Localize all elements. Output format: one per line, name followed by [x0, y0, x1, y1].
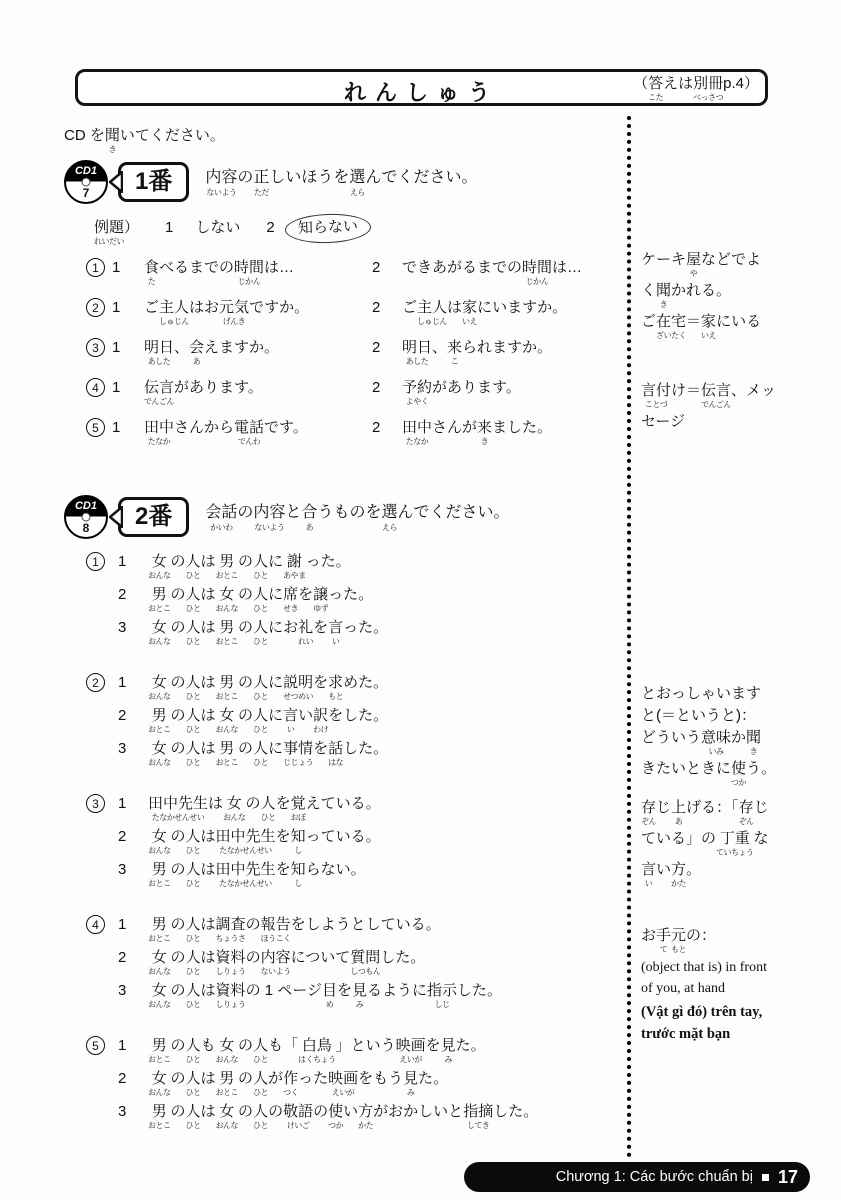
text-seg: した。 [493, 1102, 538, 1121]
furigana: き [105, 145, 120, 154]
text-seg: 聞き [656, 281, 671, 309]
option-number: 1 [118, 915, 148, 934]
bubble-tail-icon [109, 171, 123, 193]
sidebar-note-to-osshaimasu: とおっしゃいますと(＝というと)：どういう意味いみか聞ききたいときに使つかう。 [641, 684, 841, 790]
text-seg: 。 [686, 860, 701, 879]
text-seg: った [298, 1069, 328, 1088]
text-seg: 指摘してき [463, 1102, 493, 1130]
option-text: ご主人しゅじんはお元気げんきですか。 [144, 298, 372, 326]
text-seg: の [238, 1102, 253, 1121]
text-seg: の [238, 1069, 253, 1088]
furigana: ぞん [641, 817, 656, 826]
furigana: じじょう [283, 758, 313, 767]
furigana: おんな [216, 725, 239, 734]
furigana: あ [671, 817, 686, 826]
furigana: えいが [328, 1088, 358, 1097]
furigana: おとこ [216, 1088, 239, 1097]
furigana: おとこ [148, 879, 171, 888]
option-row: 11女おんなの人ひとは男おとこの人ひとに謝あやまった。 [86, 552, 538, 585]
text-seg: を [426, 1036, 441, 1055]
text-seg: い [343, 1102, 358, 1121]
option-row: 51男おとこの人ひとも女おんなの人ひとも「白鳥はくちょう」という映画えいがを見み… [86, 1036, 538, 1069]
text-seg: 選えら [349, 168, 365, 197]
text-seg: 女おんな [148, 673, 171, 701]
furigana: ひと [253, 692, 268, 701]
text-seg: は [201, 827, 216, 846]
furigana: はくちょう [298, 1055, 336, 1064]
text-seg: ご [144, 298, 159, 317]
text-seg: は [201, 1069, 216, 1088]
text-seg: 上あ [671, 798, 686, 826]
text-seg: の [238, 552, 253, 571]
text-seg: えは [663, 74, 693, 93]
text-seg: は [201, 915, 216, 934]
text-seg: の [237, 168, 253, 188]
furigana: おとこ [216, 571, 239, 580]
question-number: 3 [86, 794, 105, 813]
note-vi-line: trước mặt bạn [641, 1023, 841, 1045]
text-seg: 家いえ [701, 312, 716, 340]
text-seg: 女おんな [216, 706, 239, 734]
furigana: い [283, 725, 298, 734]
furigana: げんき [219, 317, 249, 326]
furigana: つく [283, 1088, 298, 1097]
text-seg: 来き [477, 418, 492, 446]
option-row: 3女おんなの人ひとは男おとこの人ひとにお礼れいを言いった。 [86, 618, 538, 651]
text-seg: が [268, 1069, 283, 1088]
text-seg: 人ひと [186, 915, 201, 943]
text-seg: 人ひと [186, 673, 201, 701]
cd-disc-icon: CD1 8 [64, 495, 108, 539]
text-seg: 聞き [105, 126, 120, 154]
option-text: 食たべるまでの時間じかんは… [144, 258, 372, 286]
text-seg: 人ひと [253, 618, 268, 646]
furigana: いえ [701, 331, 716, 340]
furigana: たなかせんせい [216, 879, 276, 888]
text-seg: も [201, 1036, 216, 1055]
option-row: 2女おんなの人ひとは資料しりょうの内容ないようについて質問しつもんした。 [86, 948, 538, 981]
furigana: ざいたく [656, 331, 686, 340]
text-seg: の [171, 618, 186, 637]
text-seg: は [201, 673, 216, 692]
furigana: おんな [223, 813, 246, 822]
section1-number-bubble: 1番 [118, 162, 189, 202]
option-text: 女おんなの人ひとは資料しりょうの 1 ページ目めを見みるように指示しじした。 [148, 981, 538, 1009]
option-text: 女おんなの人ひとは田中先生たなかせんせいを知しっている。 [148, 827, 538, 855]
furigana: おとこ [216, 758, 239, 767]
text-seg: に [268, 739, 283, 758]
text-seg: の [171, 948, 186, 967]
furigana: おんな [148, 846, 171, 855]
option-number: 2 [118, 585, 148, 604]
furigana: あ [189, 357, 204, 366]
furigana: べっさつ [693, 93, 723, 102]
furigana: おとこ [148, 1121, 171, 1130]
option-text: 男おとこの人ひとも女おんなの人ひとも「白鳥はくちょう」という映画えいがを見みた。 [148, 1036, 538, 1064]
furigana: き [477, 437, 492, 446]
text-seg: 報告ほうこく [261, 915, 291, 943]
text-seg: 人ひと [253, 739, 268, 767]
furigana: ひと [253, 758, 268, 767]
text-seg: 人ひと [186, 739, 201, 767]
question-number: 1 [86, 552, 105, 571]
option-text: 男おとこの人ひとは女おんなの人ひとに席せきを譲ゆずった。 [148, 585, 538, 613]
text-seg: の [238, 706, 253, 725]
text-seg: した。 [343, 739, 388, 758]
option-number: 2 [118, 948, 148, 967]
note-vi-line: (Vật gì đó) trên tay, [641, 1001, 841, 1023]
text-seg: 人ひと [186, 1102, 201, 1130]
text-seg: 言い [283, 706, 298, 734]
text-seg: 合あ [301, 503, 317, 532]
furigana: じかん [234, 277, 264, 286]
text-seg: 人ひと [186, 585, 201, 613]
text-seg: 会話かいわ [205, 503, 237, 532]
furigana: や [686, 269, 701, 278]
text-seg: ご [402, 298, 417, 317]
intro-instruction: CD を聞きいてください。 [64, 126, 225, 154]
text-seg: の [246, 948, 261, 967]
furigana: し [291, 879, 306, 888]
text-seg: 人ひと [186, 1069, 201, 1097]
text-seg: 田中先生たなかせんせい [216, 827, 276, 855]
furigana: れいだい [94, 237, 124, 246]
question-block: 11女おんなの人ひとは男おとこの人ひとに謝あやまった。2男おとこの人ひとは女おん… [86, 552, 538, 651]
example-option1-number: 1 [165, 218, 173, 237]
note-line: く聞きかれる。 [641, 281, 841, 309]
text-seg: い [298, 706, 313, 725]
furigana: でんごん [701, 400, 731, 409]
furigana: おんな [148, 637, 171, 646]
text-seg: 人ひと [186, 552, 201, 580]
text-seg: できあがるまでの [402, 258, 522, 277]
text-seg: 指示しじ [427, 981, 457, 1009]
option-text: 女おんなの人ひとは男おとこの人ひとに事情じじょうを話はなした。 [148, 739, 538, 767]
text-seg: 譲ゆず [313, 585, 328, 613]
text-seg: の [171, 673, 186, 692]
text-seg: ですか。 [249, 298, 309, 317]
text-seg: の [238, 739, 253, 758]
furigana: おとこ [148, 604, 171, 613]
option-number: 3 [118, 860, 148, 879]
furigana: えら [381, 523, 397, 532]
option-text: 田中先生たなかせんせいは女おんなの人ひとを覚おぼえている。 [148, 794, 538, 822]
text-seg: かれる。 [671, 281, 731, 300]
option-number: 1 [112, 298, 144, 317]
furigana: おとこ [148, 725, 171, 734]
text-seg: 元気げんき [219, 298, 249, 326]
text-seg: 答こた [648, 74, 663, 102]
furigana: ひと [253, 725, 268, 734]
text-seg: 使つか [328, 1102, 343, 1130]
furigana: しじ [427, 1000, 457, 1009]
furigana: み [403, 1088, 418, 1097]
text-seg: じ [754, 798, 769, 817]
furigana: えいが [396, 1055, 426, 1064]
text-seg: 、 [174, 338, 189, 357]
option-row: 3男おとこの人ひとは女おんなの人ひとの敬語けいごの使つかい方かたがおかしいと指摘… [86, 1102, 538, 1135]
text-seg: く [641, 281, 656, 300]
text-seg: えますか。 [204, 338, 279, 357]
text-seg: 女おんな [216, 1036, 239, 1064]
furigana: ひと [253, 1088, 268, 1097]
note-line: とおっしゃいます [641, 684, 841, 703]
option-row: 3女おんなの人ひとは男おとこの人ひとに事情じじょうを話はなした。 [86, 739, 538, 772]
text-seg: の [171, 552, 186, 571]
furigana: もと [671, 945, 686, 954]
text-seg: をしようとしている。 [291, 915, 441, 934]
text-seg: 敬語けいご [283, 1102, 313, 1130]
option-number: 1 [118, 673, 148, 692]
sidebar-dotted-divider [627, 116, 631, 1158]
furigana: て [656, 945, 671, 954]
option-number: 2 [118, 706, 148, 725]
text-seg: は [201, 552, 216, 571]
practice-header-bar: れんしゅう （答こたえは別冊べっさつ p.4） [75, 69, 768, 106]
option-number: 2 [372, 418, 402, 437]
option-row: 21女おんなの人ひとは男おとこの人ひとに説明せつめいを求もとめた。 [86, 673, 538, 706]
text-seg: がおかしいと [373, 1102, 463, 1121]
furigana: め [322, 1000, 337, 1009]
square-bullet-icon [762, 1174, 769, 1181]
text-seg: 手て [656, 926, 671, 954]
text-seg: 存ぞん [739, 798, 754, 826]
furigana: ひと [253, 571, 268, 580]
text-seg: 白鳥はくちょう [298, 1036, 336, 1064]
furigana: ひと [186, 604, 201, 613]
text-seg: うものを [317, 503, 381, 523]
text-seg: 選えら [381, 503, 397, 532]
furigana: き [746, 747, 761, 756]
furigana: しゅじん [159, 317, 189, 326]
question-number: 3 [86, 338, 105, 357]
text-seg: 人ひと [253, 1102, 268, 1130]
text-seg: 男おとこ [148, 1036, 171, 1064]
text-seg: 映画えいが [396, 1036, 426, 1064]
option-row: 41男おとこの人ひとは調査ちょうさの報告ほうこくをしようとしている。 [86, 915, 538, 948]
text-seg: 存ぞん [641, 798, 656, 826]
furigana: ひと [253, 637, 268, 646]
furigana: おんな [216, 1055, 239, 1064]
note-line: と(＝というと)： [641, 706, 841, 725]
text-seg: は [201, 860, 216, 879]
text-seg: 会あ [189, 338, 204, 366]
text-seg: 見み [352, 981, 367, 1009]
text-seg: んでください。 [365, 168, 477, 188]
furigana: おんな [148, 967, 171, 976]
text-seg: の [238, 673, 253, 692]
furigana: かいわ [205, 523, 237, 532]
furigana: おとこ [148, 1055, 171, 1064]
option-text: 女おんなの人ひとは男おとこの人ひとにお礼れいを言いった。 [148, 618, 538, 646]
text-seg: 人ひと [186, 1036, 201, 1064]
text-seg: いてください。 [120, 126, 225, 145]
note-line: きたいときに使つかう。 [641, 759, 841, 787]
example-label: 例題れいだい） [94, 218, 139, 246]
text-seg: を [313, 673, 328, 692]
section2-title: 2番 [135, 503, 172, 530]
text-seg: 食た [144, 258, 159, 286]
question-row: 21ご主人しゅじんはお元気げんきですか。2ご主人しゅじんは家いえにいますか。 [86, 298, 582, 338]
furigana: ひと [186, 879, 201, 888]
text-seg: 言い [641, 860, 656, 888]
note-line: ケーキ屋やなどでよ [641, 250, 841, 278]
text-seg: お [641, 926, 656, 945]
text-seg: 主人しゅじん [417, 298, 447, 326]
question-number: 2 [86, 298, 105, 317]
furigana: ひと [186, 1088, 201, 1097]
text-seg: の [171, 739, 186, 758]
text-seg: 人ひと [186, 618, 201, 646]
text-seg: の [171, 585, 186, 604]
furigana: たなか [402, 437, 432, 446]
text-seg: 女おんな [148, 618, 171, 646]
furigana: ないよう [253, 523, 285, 532]
text-seg: について [291, 948, 351, 967]
text-seg: は [208, 794, 223, 813]
text-seg: めた。 [343, 673, 388, 692]
furigana: えら [349, 188, 365, 197]
text-seg: した。 [380, 948, 425, 967]
text-seg: じ [656, 798, 671, 817]
text-seg: を [276, 794, 291, 813]
furigana: い [641, 879, 656, 888]
sidebar-note-cake-shop: ケーキ屋やなどでよく聞きかれる。ご在宅ざいたく＝家いえにいる [641, 250, 841, 343]
text-seg: っている。 [306, 827, 381, 846]
option-text: 明日あした、来こられますか。 [402, 338, 582, 366]
text-seg: 目め [322, 981, 337, 1009]
option-number: 2 [118, 827, 148, 846]
furigana: ひと [186, 571, 201, 580]
text-seg: の [268, 1102, 283, 1121]
text-seg: 人ひと [253, 706, 268, 734]
cd-label: CD1 [66, 166, 106, 177]
furigana: ひと [253, 1121, 268, 1130]
question-number: 5 [86, 418, 105, 437]
sidebar-note-otemoto: お手て元もとの： (object that is) in frontof you… [641, 926, 841, 1045]
page-number: 17 [778, 1167, 798, 1188]
furigana: ひと [186, 692, 201, 701]
text-seg: 明日あした [402, 338, 432, 366]
note-en-line: of you, at hand [641, 978, 841, 999]
option-number: 2 [372, 378, 402, 397]
option-row: 31田中先生たなかせんせいは女おんなの人ひとを覚おぼえている。 [86, 794, 538, 827]
text-seg: の [171, 915, 186, 934]
furigana: ひと [253, 1055, 268, 1064]
furigana: しゅじん [417, 317, 447, 326]
text-seg: ケーキ [641, 250, 686, 269]
option-number: 2 [372, 258, 402, 277]
option-text: 男おとこの人ひとは女おんなの人ひとに言いい訳わけをした。 [148, 706, 538, 734]
furigana: たなか [144, 437, 174, 446]
text-seg: た。 [418, 1069, 448, 1088]
furigana: き [656, 300, 671, 309]
text-seg: 男おとこ [216, 618, 239, 646]
furigana: た [144, 277, 159, 286]
sidebar-note-kotozuke: 言付ことづけ＝伝言でんごん、メッセージ [641, 381, 841, 434]
furigana: おんな [148, 1000, 171, 1009]
furigana: あした [144, 357, 174, 366]
text-seg: 見み [441, 1036, 456, 1064]
furigana: い [328, 637, 343, 646]
question-block: 21女おんなの人ひとは男おとこの人ひとに説明せつめいを求もとめた。2男おとこの人… [86, 673, 538, 772]
text-seg: をした。 [328, 706, 388, 725]
note-line: どういう意味いみか聞き [641, 728, 841, 756]
furigana: おぼ [291, 813, 306, 822]
text-seg: 作つく [283, 1069, 298, 1097]
furigana: ほうこく [261, 934, 291, 943]
furigana: おんな [216, 1121, 239, 1130]
furigana: おんな [216, 604, 239, 613]
furigana: み [441, 1055, 456, 1064]
note-line: 存ぞんじ上あげる：「存ぞんじ [641, 798, 841, 826]
note-line: ご在宅ざいたく＝家いえにいる [641, 312, 841, 340]
option-row: 2女おんなの人ひとは男おとこの人ひとが作つくった映画えいがをもう見みた。 [86, 1069, 538, 1102]
text-seg: の 1 ページ [246, 981, 322, 1000]
option-text: 明日あした、会あえますか。 [144, 338, 372, 366]
bubble-tail-icon [109, 506, 123, 528]
text-seg: 席せき [283, 585, 298, 613]
text-seg: は [201, 981, 216, 1000]
text-seg: 話はな [328, 739, 343, 767]
text-seg: は… [552, 258, 582, 277]
text-seg: えている。 [306, 794, 381, 813]
furigana: ひと [186, 725, 201, 734]
text-seg: 人ひと [186, 827, 201, 855]
text-seg: 質問しつもん [350, 948, 380, 976]
text-seg: らない。 [306, 860, 366, 879]
text-seg: を [276, 827, 291, 846]
cd-track-number: 7 [66, 187, 106, 199]
text-seg: に [268, 585, 283, 604]
text-seg: 在宅ざいたく [656, 312, 686, 340]
note-vietnamese-translation: (Vật gì đó) trên tay,trước mặt bạn [641, 1001, 841, 1045]
text-seg: 屋や [686, 250, 701, 278]
text-seg: があります。 [174, 378, 263, 397]
text-seg: 調査ちょうさ [216, 915, 246, 943]
option-number: 3 [118, 1102, 148, 1121]
furigana: かた [671, 879, 686, 888]
text-seg: 田中先生たなかせんせい [216, 860, 276, 888]
text-seg: は [201, 585, 216, 604]
furigana: おんな [148, 758, 171, 767]
text-seg: 知し [291, 860, 306, 888]
question-row: 41伝言でんごんがあります。2予約よやくがあります。 [86, 378, 582, 418]
sidebar-note-zonjiageru: 存ぞんじ上あげる：「存ぞんじている」の丁重ていちょうな言いい方かた。 [641, 798, 841, 891]
text-seg: ました。 [492, 418, 552, 437]
furigana: ことづ [641, 400, 671, 409]
question-number: 1 [86, 258, 105, 277]
text-seg: 男おとこ [216, 1069, 239, 1097]
text-seg: はお [189, 298, 219, 317]
furigana: あ [301, 523, 317, 532]
text-seg: 人ひと [253, 552, 268, 580]
text-seg: の [237, 503, 253, 523]
text-seg: p.4） [723, 74, 759, 93]
section2-header: CD1 8 2番 会話かいわの内容ないようと合あうものを選えらんでください。 [64, 495, 509, 539]
option-text: 田中たなかさんが来きました。 [402, 418, 582, 446]
text-seg: 女おんな [148, 739, 171, 767]
section2-number-bubble: 2番 [118, 497, 189, 537]
text-seg: CD を [64, 126, 105, 145]
text-seg: 方かた [358, 1102, 373, 1130]
text-seg: を [276, 860, 291, 879]
text-seg: と(＝というと)： [641, 706, 756, 725]
option-number: 3 [118, 981, 148, 1000]
furigana: ないよう [261, 967, 291, 976]
note-en-line: (object that is) in front [641, 957, 841, 978]
text-seg: は [447, 298, 462, 317]
